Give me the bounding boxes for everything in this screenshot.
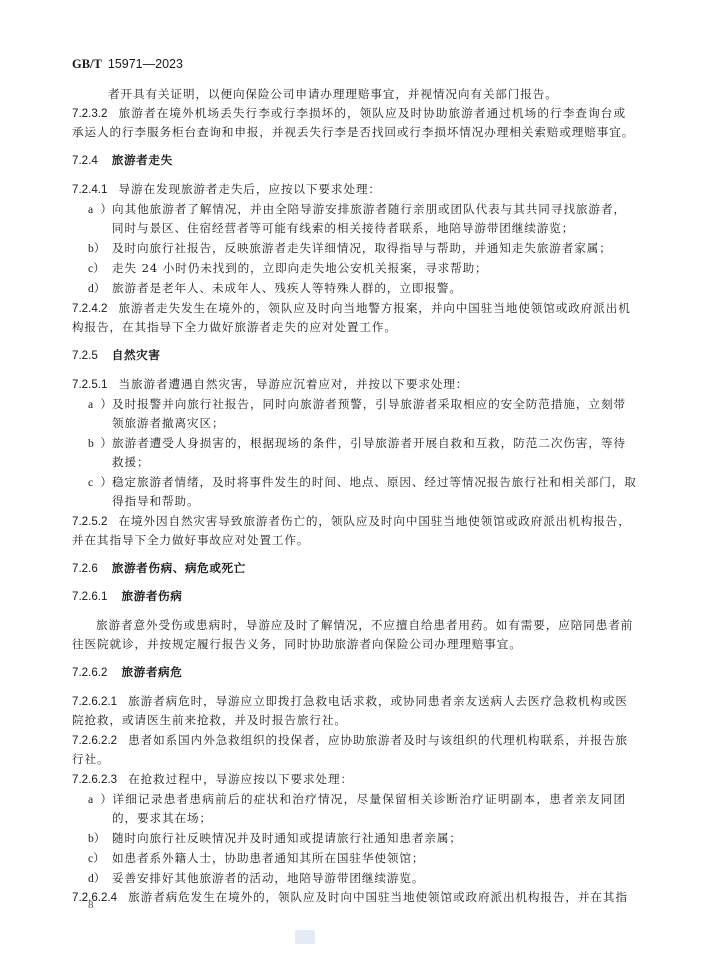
line-text: 构报告，在其指导下全力做好旅游者走失的应对处置工作。 bbox=[72, 320, 397, 334]
list-label: c） bbox=[88, 261, 112, 277]
standard-number: 15971—2023 bbox=[108, 57, 183, 71]
list-label: b） bbox=[88, 241, 112, 257]
line-text: 院抢救，或请医生前来抢救，并及时报告旅行社。 bbox=[72, 713, 347, 727]
section-heading: 7.2.6.1旅游者伤病 bbox=[72, 588, 626, 605]
list-label: a） bbox=[88, 397, 112, 413]
text-line: 的，要求其在场； bbox=[112, 810, 626, 826]
line-text: 行社。 bbox=[72, 752, 109, 766]
text-line: 构报告，在其指导下全力做好旅游者走失的应对处置工作。 bbox=[72, 319, 626, 335]
clause-number: 7.2.6.2.3 bbox=[72, 773, 117, 786]
clause-number: 7.2.6 bbox=[72, 562, 98, 575]
list-item: d）旅游者是老年人、未成年人、残疾人等特殊人群的，立即报警。 bbox=[88, 280, 626, 297]
line-text: 旅游者走失发生在境外的，领队应及时向当地警方报案，并向中国驻当地使领馆或政府派出… bbox=[118, 301, 630, 315]
line-text: 导游在发现旅游者走失后，应按以下要求处理： bbox=[118, 182, 380, 196]
text-line: 7.2.6.2.4旅游者病危发生在境外的，领队应及时向中国驻当地使领馆或政府派出… bbox=[72, 889, 626, 906]
text-line: 7.2.6.2.3在抢救过程中，导游应按以下要求处理： bbox=[72, 771, 626, 788]
line-text: 稳定旅游者情绪，及时将事件发生的时间、地点、原因、经过等情况报告旅行社和相关部门… bbox=[112, 475, 637, 489]
line-text: 旅游者遭受人身损害的，根据现场的条件，引导旅游者开展自救和互救，防范二次伤害，等… bbox=[112, 436, 626, 450]
text-line: 承运人的行李服务柜台查询和申报，并视丢失行李是否找回或行李损坏情况办理相关索赔或… bbox=[72, 124, 626, 140]
line-text: 及时向旅行社报告，反映旅游者走失详细情况，取得指导与帮助，并通知走失旅游者家属； bbox=[112, 241, 612, 255]
section-heading: 7.2.6.2旅游者病危 bbox=[72, 664, 626, 681]
watermark-logo-icon bbox=[295, 930, 315, 944]
line-text: 在抢救过程中，导游应按以下要求处理： bbox=[128, 772, 353, 786]
text-line: 7.2.5.1当旅游者遭遇自然灾害，导游应沉着应对，并按以下要求处理： bbox=[72, 376, 626, 393]
text-line: 旅游者意外受伤或患病时，导游应及时了解情况，不应擅自给患者用药。如有需要，应陪同… bbox=[96, 617, 626, 633]
text-line: 并在其指导下全力做好事故应对处置工作。 bbox=[72, 532, 626, 548]
line-text: 如患者系外籍人士，协助患者通知其所在国驻华使领馆； bbox=[112, 851, 424, 865]
text-line: 7.2.6.2.1旅游者病危时，导游应立即拨打急救电话求救，或协同患者亲友送病人… bbox=[72, 693, 626, 710]
line-text: 并在其指导下全力做好事故应对处置工作。 bbox=[72, 533, 309, 547]
line-text: 及时报警并向旅行社报告，同时向旅游者预警，引导旅游者采取相应的安全防范措施，立刻… bbox=[112, 397, 626, 411]
clause-number: 7.2.4 bbox=[72, 154, 98, 167]
line-text: 旅游者病危时，导游应立即拨打急救电话求救，或协同患者亲友送病人去医疗急救机构或医 bbox=[128, 694, 628, 708]
list-label: c） bbox=[88, 851, 112, 867]
list-item: c）走失 24 小时仍未找到的，立即向走失地公安机关报案，寻求帮助； bbox=[88, 260, 626, 277]
list-label: a） bbox=[88, 792, 112, 808]
heading-text: 旅游者伤病 bbox=[121, 589, 182, 603]
clause-number: 7.2.5.1 bbox=[72, 378, 107, 391]
text-line: 救援； bbox=[112, 454, 626, 470]
list-item: a）向其他旅游者了解情况，并由全陪导游安排旅游者随行亲朋或团队代表与其共同寻找旅… bbox=[88, 201, 626, 218]
text-line: 院抢救，或请医生前来抢救，并及时报告旅行社。 bbox=[72, 712, 626, 728]
text-line: 得指导和帮助。 bbox=[112, 493, 626, 509]
line-text: 患者如系国内外急救组织的投保者，应协助旅游者及时与该组织的代理机构联系，并报告旅 bbox=[128, 733, 628, 747]
text-line: 往医院就诊，并按规定履行报告义务，同时协助旅游者向保险公司办理理赔事宜。 bbox=[72, 636, 626, 652]
list-item: c）稳定旅游者情绪，及时将事件发生的时间、地点、原因、经过等情况报告旅行社和相关… bbox=[88, 474, 626, 491]
clause-number: 7.2.5.2 bbox=[72, 515, 107, 528]
clause-number: 7.2.6.2.1 bbox=[72, 695, 117, 708]
line-text: 向其他旅游者了解情况，并由全陪导游安排旅游者随行亲朋或团队代表与其共同寻找旅游者… bbox=[112, 202, 626, 216]
list-item: a）及时报警并向旅行社报告，同时向旅游者预警，引导旅游者采取相应的安全防范措施，… bbox=[88, 396, 626, 413]
list-label: b） bbox=[88, 436, 112, 452]
list-item: d）妥善安排好其他旅游者的活动，地陪导游带团继续游览。 bbox=[88, 870, 626, 887]
clause-number: 7.2.6.2.2 bbox=[72, 734, 117, 747]
line-text: 救援； bbox=[112, 455, 149, 469]
heading-text: 旅游者走失 bbox=[112, 153, 173, 167]
text-line: 行社。 bbox=[72, 751, 626, 767]
line-text: 得指导和帮助。 bbox=[112, 494, 199, 508]
line-text: 旅游者在境外机场丢失行李或行李损坏的，领队应及时协助旅游者通过机场的行李查询台或 bbox=[118, 106, 626, 120]
line-text: 的，要求其在场； bbox=[112, 811, 212, 825]
heading-text: 旅游者病危 bbox=[121, 665, 182, 679]
line-text: 旅游者意外受伤或患病时，导游应及时了解情况，不应擅自给患者用药。如有需要，应陪同… bbox=[96, 618, 633, 632]
line-text: 往医院就诊，并按规定履行报告义务，同时协助旅游者向保险公司办理理赔事宜。 bbox=[72, 637, 522, 651]
line-text: 同时与景区、住宿经营者等可能有线索的相关接待者联系，地陪导游带团继续游览； bbox=[112, 221, 574, 235]
text-line: 者开具有关证明，以便向保险公司申请办理理赔事宜，并视情况向有关部门报告。 bbox=[108, 86, 626, 102]
list-label: d） bbox=[88, 281, 112, 297]
line-text: 领旅游者撤离灾区； bbox=[112, 416, 224, 430]
list-item: b）旅游者遭受人身损害的，根据现场的条件，引导旅游者开展自救和互救，防范二次伤害… bbox=[88, 435, 626, 452]
clause-number: 7.2.4.2 bbox=[72, 302, 107, 315]
list-label: c） bbox=[88, 475, 112, 491]
standard-header: GB/T15971—2023 bbox=[72, 56, 183, 72]
section-heading: 7.2.6旅游者伤病、病危或死亡 bbox=[72, 560, 626, 577]
line-text: 者开具有关证明，以便向保险公司申请办理理赔事宜，并视情况向有关部门报告。 bbox=[108, 87, 558, 101]
clause-number: 7.2.6.2.4 bbox=[72, 891, 117, 904]
list-item: b）随时向旅行社反映情况并及时通知或提请旅行社通知患者亲属； bbox=[88, 830, 626, 847]
clause-number: 7.2.3.2 bbox=[72, 107, 107, 120]
text-line: 7.2.4.1导游在发现旅游者走失后，应按以下要求处理： bbox=[72, 181, 626, 198]
list-item: b）及时向旅行社报告，反映旅游者走失详细情况，取得指导与帮助，并通知走失旅游者家… bbox=[88, 240, 626, 257]
text-line: 同时与景区、住宿经营者等可能有线索的相关接待者联系，地陪导游带团继续游览； bbox=[112, 220, 626, 236]
list-item: a）详细记录患者患病前后的症状和治疗情况，尽量保留相关诊断治疗证明副本，患者亲友… bbox=[88, 791, 626, 808]
clause-number: 7.2.6.2 bbox=[72, 666, 107, 679]
line-text: 当旅游者遭遇自然灾害，导游应沉着应对，并按以下要求处理： bbox=[118, 377, 468, 391]
line-text: 承运人的行李服务柜台查询和申报，并视丢失行李是否找回或行李损坏情况办理相关索赔或… bbox=[72, 125, 634, 139]
list-label: b） bbox=[88, 831, 112, 847]
clause-number: 7.2.5 bbox=[72, 349, 98, 362]
text-line: 领旅游者撤离灾区； bbox=[112, 415, 626, 431]
document-page: GB/T15971—2023 者开具有关证明，以便向保险公司申请办理理赔事宜，并… bbox=[0, 0, 706, 956]
section-heading: 7.2.4旅游者走失 bbox=[72, 152, 626, 169]
section-heading: 7.2.5自然灾害 bbox=[72, 347, 626, 364]
line-text: 详细记录患者患病前后的症状和治疗情况，尽量保留相关诊断治疗证明副本，患者亲友同团 bbox=[112, 792, 626, 806]
page-number: 8 bbox=[88, 899, 94, 911]
standard-code: GB/T bbox=[72, 57, 102, 71]
text-line: 7.2.6.2.2患者如系国内外急救组织的投保者，应协助旅游者及时与该组织的代理… bbox=[72, 732, 626, 749]
heading-text: 自然灾害 bbox=[112, 348, 161, 362]
line-text: 随时向旅行社反映情况并及时通知或提请旅行社通知患者亲属； bbox=[112, 831, 462, 845]
line-text: 在境外因自然灾害导致旅游者伤亡的，领队应及时向中国驻当地使领馆或政府派出机构报告… bbox=[118, 514, 630, 528]
line-text: 旅游者是老年人、未成年人、残疾人等特殊人群的，立即报警。 bbox=[112, 281, 462, 295]
text-line: 7.2.4.2旅游者走失发生在境外的，领队应及时向当地警方报案，并向中国驻当地使… bbox=[72, 300, 626, 317]
clause-number: 7.2.4.1 bbox=[72, 183, 107, 196]
list-label: d） bbox=[88, 871, 112, 887]
line-text: 妥善安排好其他旅游者的活动，地陪导游带团继续游览。 bbox=[112, 871, 424, 885]
list-label: a） bbox=[88, 202, 112, 218]
text-line: 7.2.5.2在境外因自然灾害导致旅游者伤亡的，领队应及时向中国驻当地使领馆或政… bbox=[72, 513, 626, 530]
text-line: 7.2.3.2旅游者在境外机场丢失行李或行李损坏的，领队应及时协助旅游者通过机场… bbox=[72, 105, 626, 122]
clause-number: 7.2.6.1 bbox=[72, 590, 107, 603]
line-text: 旅游者病危发生在境外的，领队应及时向中国驻当地使领馆或政府派出机构报告，并在其指 bbox=[128, 890, 628, 904]
heading-text: 旅游者伤病、病危或死亡 bbox=[112, 561, 246, 575]
list-item: c）如患者系外籍人士，协助患者通知其所在国驻华使领馆； bbox=[88, 850, 626, 867]
line-text: 走失 24 小时仍未找到的，立即向走失地公安机关报案，寻求帮助； bbox=[112, 261, 488, 275]
